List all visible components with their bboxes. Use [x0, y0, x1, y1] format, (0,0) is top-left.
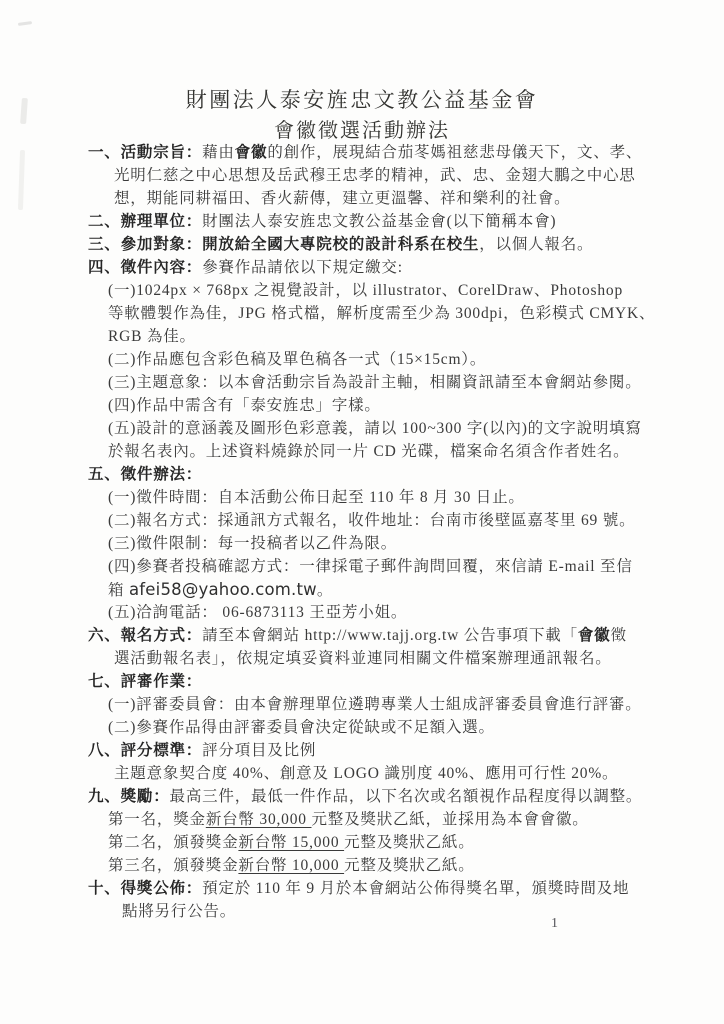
text-segment: 請至本會網站 http://www.tajj.org.tw 公告事項下載「 — [202, 627, 578, 644]
text-segment: 第一名，獎金 — [108, 811, 206, 828]
text-segment: 一、活動宗旨： — [88, 144, 202, 161]
text-line: (二)參賽作品得由評審委員會決定從缺或不足額入選。 — [108, 716, 718, 739]
text-segment: 光明仁慈之中心思想及岳武穆王忠孝的精神，武、忠、金翅大鵬之中心思 — [114, 167, 636, 184]
scanned-document-page: 財團法人泰安旌忠文教公益基金會 會徽徵選活動辦法 一、活動宗旨：藉由會徽的創作，… — [0, 0, 724, 1024]
text-segment: 元整及獎狀乙紙，並採用為本會會徽。 — [312, 811, 589, 828]
text-line: (五)洽詢電話： 06-6873113 王亞芳小姐。 — [108, 601, 718, 624]
text-line: 箱 afei58@yahoo.com.tw。 — [108, 578, 718, 601]
text-line: 等軟體製作為佳，JPG 格式檔，解析度需至少為 300dpi，色彩模式 CMYK… — [108, 302, 718, 325]
text-segment: 三、參加對象： — [88, 236, 202, 253]
document-body: 一、活動宗旨：藉由會徽的創作，展現結合茄苳媽祖慈悲母儀天下，文、孝、光明仁慈之中… — [88, 141, 718, 923]
text-line: 選活動報名表」，依規定填妥資料並連同相關文件檔案辦理通訊報名。 — [114, 647, 718, 670]
text-segment: (二)報名方式：採通訊方式報名，收件地址：台南市後壁區嘉苳里 69 號。 — [108, 512, 635, 529]
text-segment: 元整及獎狀乙紙。 — [344, 834, 474, 851]
text-line: RGB 為佳。 — [108, 325, 718, 348]
prize-amount: 新台幣 10,000 — [238, 857, 344, 874]
text-line: 主題意象契合度 40%、創意及 LOGO 識別度 40%、應用可行性 20%。 — [114, 762, 718, 785]
text-segment: (五)洽詢電話： 06-6873113 王亞芳小姐。 — [108, 604, 407, 621]
text-line: (二)作品應包含彩色稿及單色稿各一式（15×15cm）。 — [108, 348, 718, 371]
text-line: 想，期能同耕福田、香火薪傳，建立更溫馨、祥和樂利的社會。 — [114, 187, 718, 210]
text-segment: 點將另行公告。 — [122, 903, 236, 920]
text-line: 光明仁慈之中心思想及岳武穆王忠孝的精神，武、忠、金翅大鵬之中心思 — [114, 164, 718, 187]
text-segment: ，以個人報名。 — [479, 236, 593, 253]
text-segment: 二、辦理單位： — [88, 213, 202, 230]
text-segment: 評分項目及比例 — [202, 742, 316, 759]
text-segment: 參賽作品請依以下規定繳交: — [202, 259, 403, 276]
text-segment: 會徽 — [578, 627, 611, 644]
text-line: 九、獎勵：最高三件，最低一件作品，以下名次或名額視作品程度得以調整。 — [88, 785, 718, 808]
text-segment: 最高三件，最低一件作品，以下名次或名額視作品程度得以調整。 — [170, 788, 643, 805]
text-line: 七、評審作業： — [88, 670, 718, 693]
text-line: 第一名，獎金新台幣 30,000 元整及獎狀乙紙，並採用為本會會徽。 — [108, 808, 718, 831]
text-segment: 六、報名方式： — [88, 627, 202, 644]
text-line: (四)作品中需含有「泰安旌忠」字樣。 — [108, 394, 718, 417]
text-line: 六、報名方式：請至本會網站 http://www.tajj.org.tw 公告事… — [88, 624, 718, 647]
text-line: 一、活動宗旨：藉由會徽的創作，展現結合茄苳媽祖慈悲母儀天下，文、孝、 — [88, 141, 718, 164]
text-segment: 第二名，頒發獎金 — [108, 834, 238, 851]
text-line: 八、評分標準：評分項目及比例 — [88, 739, 718, 762]
text-line: (三)主題意象：以本會活動宗旨為設計主軸，相關資訊請至本會網站參閱。 — [108, 371, 718, 394]
text-segment: 的創作，展現結合茄苳媽祖慈悲母儀天下，文、孝、 — [267, 144, 642, 161]
text-segment: 元整及獎狀乙紙。 — [344, 857, 474, 874]
text-segment: 。 — [317, 582, 333, 599]
text-segment: (一)評審委員會：由本會辦理單位遴聘專業人士組成評審委員會進行評審。 — [108, 696, 642, 713]
document-subtitle: 會徽徵選活動辦法 — [0, 114, 724, 143]
text-line: 點將另行公告。 — [122, 900, 718, 923]
prize-amount: 新台幣 15,000 — [238, 834, 344, 851]
document-title: 財團法人泰安旌忠文教公益基金會 — [0, 84, 724, 114]
email-address: afei58@yahoo.com.tw — [129, 580, 317, 599]
text-segment: (五)設計的意涵義及圖形色彩意義，請以 100~300 字(以內)的文字說明填寫 — [108, 420, 642, 437]
text-line: 四、徵件內容：參賽作品請依以下規定繳交: — [88, 256, 718, 279]
text-segment: (四)作品中需含有「泰安旌忠」字樣。 — [108, 397, 381, 414]
scan-smudge — [18, 21, 32, 26]
text-segment: 徵 — [610, 627, 626, 644]
text-segment: (一)1024px × 768px 之視覺設計，以 illustrator、Co… — [108, 282, 623, 299]
text-segment: 九、獎勵： — [88, 788, 170, 805]
text-line: 三、參加對象：開放給全國大專院校的設計科系在校生，以個人報名。 — [88, 233, 718, 256]
page-number: 1 — [551, 916, 558, 932]
text-segment: (三)徵件限制：每一投稿者以乙件為限。 — [108, 535, 397, 552]
text-line: (四)參賽者投稿確認方式：一律採電子郵件詢問回覆，來信請 E-mail 至信 — [108, 555, 718, 578]
text-segment: 選活動報名表」，依規定填妥資料並連同相關文件檔案辦理通訊報名。 — [114, 650, 612, 667]
text-segment: RGB 為佳。 — [108, 328, 196, 345]
text-segment: (四)參賽者投稿確認方式：一律採電子郵件詢問回覆，來信請 E-mail 至信 — [108, 558, 633, 575]
text-segment: 箱 — [108, 582, 129, 599]
text-line: (一)徵件時間：自本活動公佈日起至 110 年 8 月 30 日止。 — [108, 486, 718, 509]
text-line: (五)設計的意涵義及圖形色彩意義，請以 100~300 字(以內)的文字說明填寫 — [108, 417, 718, 440]
text-segment: (三)主題意象：以本會活動宗旨為設計主軸，相關資訊請至本會網站參閱。 — [108, 374, 642, 391]
text-line: 二、辦理單位：財團法人泰安旌忠文教公益基金會(以下簡稱本會) — [88, 210, 718, 233]
text-line: (三)徵件限制：每一投稿者以乙件為限。 — [108, 532, 718, 555]
text-segment: 於報名表內。上述資料燒錄於同一片 CD 光碟，檔案命名須含作者姓名。 — [108, 443, 629, 460]
text-segment: 財團法人泰安旌忠文教公益基金會(以下簡稱本會) — [202, 213, 556, 230]
text-segment: 十、得獎公佈： — [88, 880, 202, 897]
text-segment: 第三名，頒發獎金 — [108, 857, 238, 874]
text-line: (二)報名方式：採通訊方式報名，收件地址：台南市後壁區嘉苳里 69 號。 — [108, 509, 718, 532]
text-segment: 開放給全國大專院校的設計科系在校生 — [202, 236, 479, 253]
text-line: 十、得獎公佈：預定於 110 年 9 月於本會網站公佈得獎名單，頒獎時間及地 — [88, 877, 718, 900]
text-segment: 想，期能同耕福田、香火薪傳，建立更溫馨、祥和樂利的社會。 — [114, 190, 570, 207]
text-segment: 預定於 110 年 9 月於本會網站公佈得獎名單，頒獎時間及地 — [202, 880, 629, 897]
prize-amount: 新台幣 30,000 — [206, 811, 312, 828]
text-segment: (二)參賽作品得由評審委員會決定從缺或不足額入選。 — [108, 719, 495, 736]
text-segment: 等軟體製作為佳，JPG 格式檔，解析度需至少為 300dpi，色彩模式 CMYK… — [108, 305, 655, 322]
text-line: 於報名表內。上述資料燒錄於同一片 CD 光碟，檔案命名須含作者姓名。 — [108, 440, 718, 463]
text-segment: 七、評審作業： — [88, 673, 202, 690]
scan-smudge — [18, 150, 25, 210]
text-segment: 八、評分標準： — [88, 742, 202, 759]
text-segment: 四、徵件內容： — [88, 259, 202, 276]
text-line: 第三名，頒發獎金新台幣 10,000 元整及獎狀乙紙。 — [108, 854, 718, 877]
text-segment: (二)作品應包含彩色稿及單色稿各一式（15×15cm）。 — [108, 351, 486, 368]
text-segment: 藉由 — [202, 144, 235, 161]
text-line: 第二名，頒發獎金新台幣 15,000 元整及獎狀乙紙。 — [108, 831, 718, 854]
text-segment: 主題意象契合度 40%、創意及 LOGO 識別度 40%、應用可行性 20%。 — [114, 765, 618, 782]
text-segment: 會徽 — [235, 144, 268, 161]
text-line: (一)評審委員會：由本會辦理單位遴聘專業人士組成評審委員會進行評審。 — [108, 693, 718, 716]
text-line: (一)1024px × 768px 之視覺設計，以 illustrator、Co… — [108, 279, 718, 302]
text-segment: 五、徵件辦法： — [88, 466, 202, 483]
text-segment: (一)徵件時間：自本活動公佈日起至 110 年 8 月 30 日止。 — [108, 489, 525, 506]
text-line: 五、徵件辦法： — [88, 463, 718, 486]
